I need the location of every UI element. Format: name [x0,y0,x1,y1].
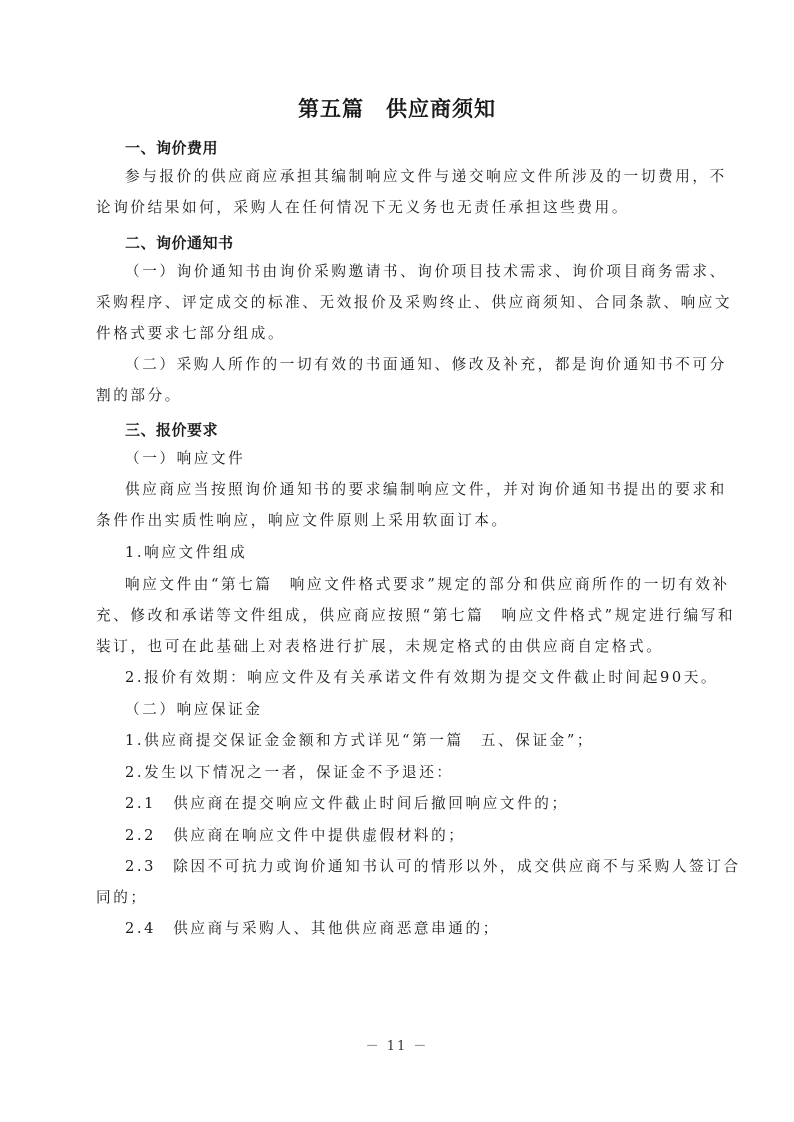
numbered-item: 2.1 供应商在提交响应文件截止时间后撤回响应文件的； [125,794,729,814]
numbered-item: 2.发生以下情况之一者，保证金不予退还： [125,763,729,783]
numbered-item: 2.4 供应商与采购人、其他供应商恶意串通的； [125,919,729,939]
numbered-item: 2.报价有效期：响应文件及有关承诺文件有效期为提交文件截止时间起90天。 [125,668,729,688]
section-heading-3: 三、报价要求 [125,420,729,440]
paragraph-line: 同的； [96,888,700,908]
numbered-item: 2.3 除因不可抗力或询价通知书认可的情形以外，成交供应商不与采购人签订合 [125,857,729,877]
paragraph-line: 采购程序、评定成交的标准、无效报价及采购终止、供应商须知、合同条款、响应文 [96,293,700,313]
paragraph-line: 条件作出实质性响应，响应文件原则上采用软面订本。 [96,511,700,531]
paragraph-line: 供应商应当按照询价通知书的要求编制响应文件，并对询价通知书提出的要求和 [125,480,729,500]
paragraph-line: 装订，也可在此基础上对表格进行扩展，未规定格式的由供应商自定格式。 [96,637,700,657]
numbered-item: 2.2 供应商在响应文件中提供虚假材料的； [125,826,729,846]
paragraph-line: 件格式要求七部分组成。 [96,324,700,344]
numbered-item: 1.供应商提交保证金金额和方式详见“第一篇 五、保证金”； [125,731,729,751]
paragraph-line: （一）询价通知书由询价采购邀请书、询价项目技术需求、询价项目商务需求、 [125,262,729,282]
section-heading-1: 一、询价费用 [125,138,729,158]
paragraph-line: （二）采购人所作的一切有效的书面通知、修改及补充，都是询价通知书不可分 [125,355,729,375]
page-number: － 11 － [0,1035,794,1054]
section-heading-2: 二、询价通知书 [125,233,729,253]
paragraph-line: 论询价结果如何，采购人在任何情况下无义务也无责任承担这些费用。 [96,198,700,218]
numbered-item: 1.响应文件组成 [125,543,729,563]
paragraph-line: 割的部分。 [96,386,700,406]
paragraph-line: 响应文件由“第七篇 响应文件格式要求”规定的部分和供应商所作的一切有效补 [125,575,729,595]
paragraph-line: 参与报价的供应商应承担其编制响应文件与递交响应文件所涉及的一切费用，不 [125,167,729,187]
subsection-heading: （一）响应文件 [125,449,729,469]
subsection-heading: （二）响应保证金 [125,700,729,720]
page-title: 第五篇 供应商须知 [0,93,794,123]
paragraph-line: 充、修改和承诺等文件组成，供应商应按照“第七篇 响应文件格式”规定进行编写和 [96,606,700,626]
document-page: 第五篇 供应商须知 一、询价费用 参与报价的供应商应承担其编制响应文件与递交响应… [0,0,794,1122]
